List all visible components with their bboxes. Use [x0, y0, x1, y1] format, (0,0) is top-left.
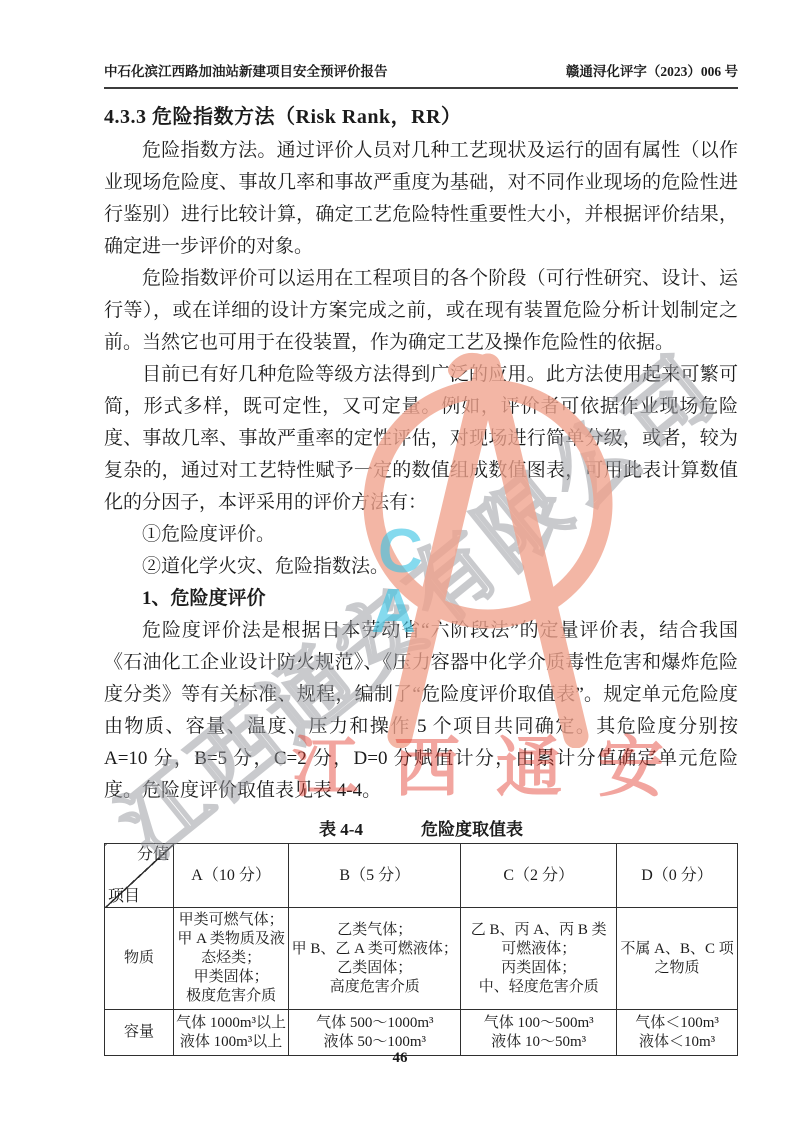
table-cell: 气体 500～1000m³ 液体 50～100m³: [289, 1010, 461, 1056]
table-cell: 乙类气体； 甲 B、乙 A 类可燃液体； 乙类固体； 高度危害介质: [289, 908, 461, 1010]
report-title: 中石化滨江西路加油站新建项目安全预评价报告: [104, 60, 388, 80]
corner-label-score: 分值: [137, 845, 169, 864]
method-item-2: ②道化学火灾、危险指数法。: [104, 551, 738, 583]
table-header-row: 分值 项目 A（10 分） B（5 分） C（2 分） D（0 分）: [105, 844, 738, 908]
page-content: 中石化滨江西路加油站新建项目安全预评价报告 赣通浔化评字（2023）006 号 …: [104, 60, 738, 1056]
table-cell: 气体＜100m³ 液体＜10m³: [617, 1010, 738, 1056]
paragraph-4: 危险度评价法是根据日本劳动省“六阶段法”的定量评价表，结合我国《石油化工企业设计…: [104, 615, 738, 807]
table-row: 容量 气体 1000m³以上 液体 100m³以上 气体 500～1000m³ …: [105, 1010, 738, 1056]
corner-cell: 分值 项目: [105, 844, 174, 908]
page-number: 46: [0, 1050, 800, 1067]
paragraph-3: 目前已有好几种危险等级方法得到广泛的应用。此方法使用起来可繁可简，形式多样，既可…: [104, 359, 738, 519]
row-label: 容量: [105, 1010, 174, 1056]
table-cell: 乙 B、丙 A、丙 B 类可燃液体； 丙类固体； 中、轻度危害介质: [461, 908, 617, 1010]
column-header-d: D（0 分）: [617, 844, 738, 908]
table-row: 物质 甲类可燃气体； 甲 A 类物质及液态烃类； 甲类固体； 极度危害介质 乙类…: [105, 908, 738, 1010]
table-cell: 气体 100～500m³ 液体 10～50m³: [461, 1010, 617, 1056]
body-text: 危险指数方法。通过评价人员对几种工艺现状及运行的固有属性（以作业现场危险度、事故…: [104, 135, 738, 807]
table-cell: 不属 A、B、C 项之物质: [617, 908, 738, 1010]
column-header-c: C（2 分）: [461, 844, 617, 908]
table-cell: 气体 1000m³以上 液体 100m³以上: [173, 1010, 288, 1056]
method-item-1: ①危险度评价。: [104, 519, 738, 551]
table-caption: 表 4-4 危险度取值表: [104, 815, 738, 840]
row-label: 物质: [105, 908, 174, 1010]
paragraph-2: 危险指数评价可以运用在工程项目的各个阶段（可行性研究、设计、运行等），或在详细的…: [104, 263, 738, 359]
table-caption-label: 表 4-4: [319, 815, 363, 840]
page-header: 中石化滨江西路加油站新建项目安全预评价报告 赣通浔化评字（2023）006 号: [104, 60, 738, 89]
document-number: 赣通浔化评字（2023）006 号: [566, 60, 738, 80]
risk-value-table: 分值 项目 A（10 分） B（5 分） C（2 分） D（0 分） 物质 甲类…: [104, 843, 738, 1056]
document-page: 江西通安有限公司 C A 江西通安 中石化滨江西路加油站新建项目安全预评价报告 …: [0, 0, 800, 1131]
sub-heading: 1、危险度评价: [104, 583, 738, 615]
corner-label-item: 项目: [108, 887, 140, 906]
table-caption-title: 危险度取值表: [421, 815, 523, 840]
section-heading: 4.3.3 危险指数方法（Risk Rank，RR）: [104, 100, 738, 129]
table-cell: 甲类可燃气体； 甲 A 类物质及液态烃类； 甲类固体； 极度危害介质: [173, 908, 288, 1010]
column-header-a: A（10 分）: [173, 844, 288, 908]
column-header-b: B（5 分）: [289, 844, 461, 908]
paragraph-1: 危险指数方法。通过评价人员对几种工艺现状及运行的固有属性（以作业现场危险度、事故…: [104, 135, 738, 263]
